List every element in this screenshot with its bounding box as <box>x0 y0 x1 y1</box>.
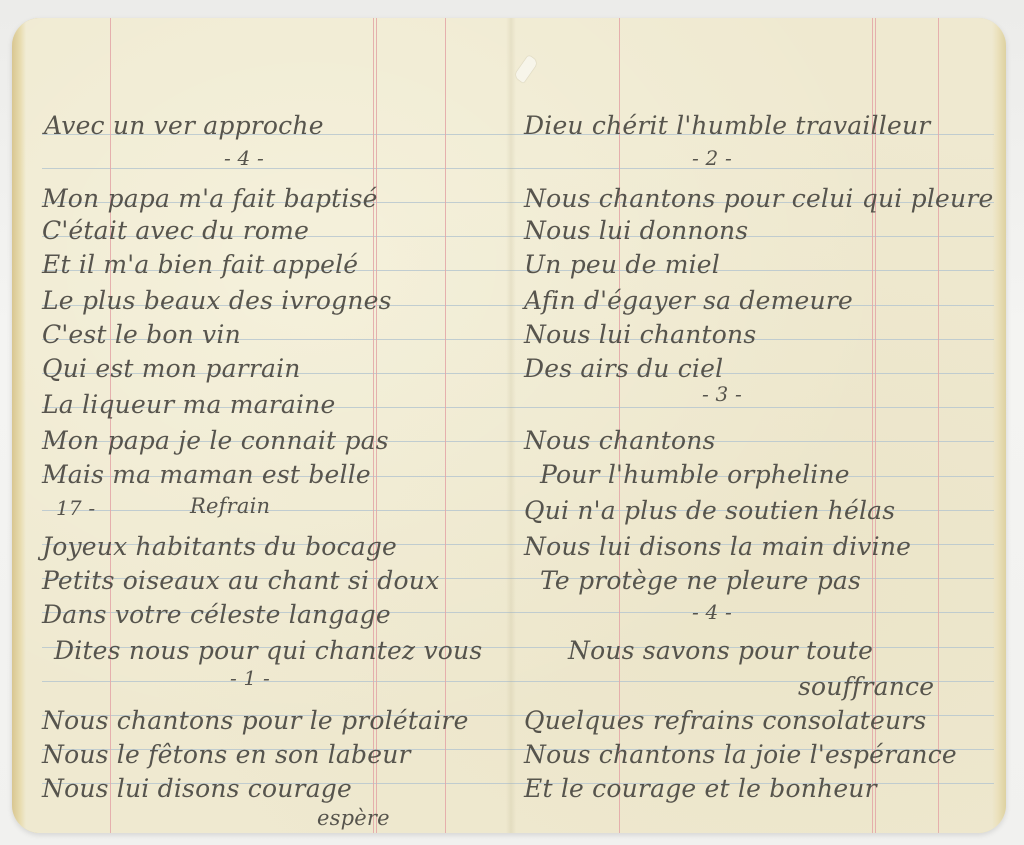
page-edge-right <box>992 18 1006 833</box>
handwritten-line: Nous lui disons courage <box>42 776 352 801</box>
handwritten-line: Et le courage et le bonheur <box>524 776 877 801</box>
handwritten-line: Et il m'a bien fait appelé <box>42 252 358 277</box>
handwritten-line: Nous chantons pour le prolétaire <box>42 708 469 733</box>
handwritten-line: Nous savons pour toute <box>568 638 873 663</box>
handwritten-line: Joyeux habitants du bocage <box>42 534 397 559</box>
handwritten-line: Des airs du ciel <box>524 356 723 381</box>
handwritten-line: Mon papa m'a fait baptisé <box>42 186 378 211</box>
margin-line <box>938 18 939 833</box>
scan-background: Avec un ver approche- 4 -Mon papa m'a fa… <box>0 0 1024 845</box>
handwritten-line: Avec un ver approche <box>44 113 324 138</box>
handwritten-line: Qui est mon parrain <box>42 356 301 381</box>
handwritten-line: Mais ma maman est belle <box>42 462 371 487</box>
handwritten-line: espère <box>317 808 390 829</box>
handwritten-line: Nous lui disons la main divine <box>524 534 911 559</box>
handwritten-line: Nous lui donnons <box>524 218 748 243</box>
handwritten-line: Un peu de miel <box>524 252 720 277</box>
handwritten-line: Pour l'humble orpheline <box>540 462 850 487</box>
handwritten-line: Nous chantons pour celui qui pleure <box>524 186 993 211</box>
verse-number: - 4 - <box>692 602 732 622</box>
handwritten-line: Nous lui chantons <box>524 322 756 347</box>
handwritten-line: C'est le bon vin <box>42 322 241 347</box>
handwritten-line: Te protège ne pleure pas <box>540 568 861 593</box>
handwritten-line: Mon papa je le connait pas <box>42 428 389 453</box>
handwritten-line: Nous chantons <box>524 428 716 453</box>
handwritten-line: Nous chantons la joie l'espérance <box>524 742 957 767</box>
handwritten-line: Afin d'égayer sa demeure <box>524 288 853 313</box>
handwritten-line: Qui n'a plus de soutien hélas <box>524 498 895 523</box>
handwritten-line: souffrance <box>798 674 934 699</box>
verse-number: - 1 - <box>230 668 270 688</box>
handwritten-line: Petits oiseaux au chant si doux <box>42 568 439 593</box>
handwritten-line: Le plus beaux des ivrognes <box>42 288 392 313</box>
handwritten-line: Dites nous pour qui chantez vous <box>54 638 482 663</box>
ruled-line <box>42 168 994 169</box>
handwritten-line: C'était avec du rome <box>42 218 309 243</box>
page-edge-left <box>12 18 26 833</box>
handwritten-line: Dans votre céleste langage <box>42 602 391 627</box>
handwritten-line: Quelques refrains consolateurs <box>524 708 926 733</box>
verse-number: - 2 - <box>692 148 732 168</box>
notebook-spread: Avec un ver approche- 4 -Mon papa m'a fa… <box>12 18 1006 833</box>
handwritten-line: Dieu chérit l'humble travailleur <box>524 113 930 138</box>
center-gutter <box>506 18 516 833</box>
verse-number: 17 - <box>56 498 95 518</box>
handwritten-line: Refrain <box>190 496 270 517</box>
verse-number: - 4 - <box>224 148 264 168</box>
verse-number: - 3 - <box>702 384 742 404</box>
handwritten-line: La liqueur ma maraine <box>42 392 335 417</box>
handwritten-line: Nous le fêtons en son labeur <box>42 742 411 767</box>
